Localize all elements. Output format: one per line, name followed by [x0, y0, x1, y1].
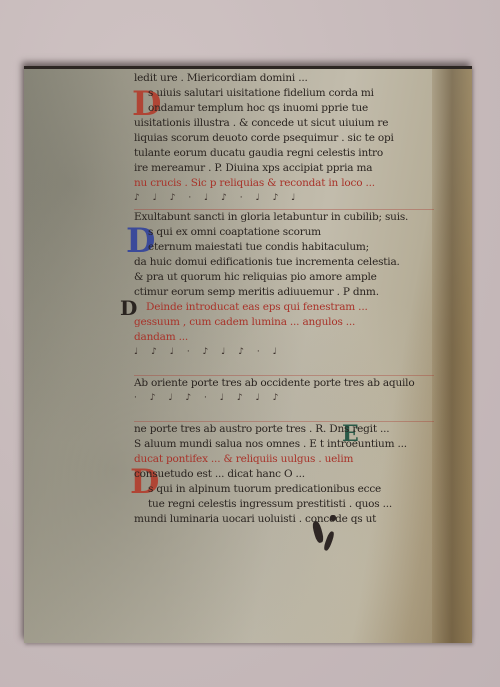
text-line: ne porte tres ab austro porte tres . R. …	[134, 422, 434, 437]
ink-stain	[323, 531, 335, 552]
text-line: & pra ut quorum hic reliquias pio amore …	[134, 270, 434, 285]
text-line: ctimur eorum semp meritis adiuuemur . P …	[134, 285, 434, 300]
music-neumes: · ♪ ♩ ♪ · ♩ ♪ ♩ ♪	[134, 391, 434, 422]
text-line: s uiuis salutari uisitatione fidelium co…	[134, 86, 434, 101]
music-neumes: ♪ ♩ ♪ · ♩ ♪ · ♩ ♪ ♩	[134, 191, 434, 210]
text-line: da huic domui edificationis tue incremen…	[134, 255, 434, 270]
manuscript-leaf: D D D D E ledit ure . Miericordiam domin…	[24, 66, 472, 643]
text-line: S aluum mundi salua nos omnes . E t intr…	[134, 437, 434, 452]
rubric-line: ducat pontifex ... & reliquiis uulgus . …	[134, 452, 434, 467]
text-line: Exultabunt sancti in gloria letabuntur i…	[134, 210, 434, 225]
text-line: s qui ex omni coaptatione scorum	[134, 225, 434, 240]
rubric-line: Deinde introducat eas eps qui fenestram …	[134, 300, 434, 315]
text-line: uisitationis illustra . & concede ut sic…	[134, 116, 434, 131]
text-line: Ab oriente porte tres ab occidente porte…	[134, 376, 434, 391]
text-line: consuetudo est ... dicat hanc O ...	[134, 467, 434, 482]
text-line: ledit ure . Miericordiam domini ...	[134, 71, 434, 86]
rubric-line: dandam ...	[134, 330, 434, 345]
text-line: eternum maiestati tue condis habitaculum…	[134, 240, 434, 255]
text-line: ire mereamur . P. Diuina xps accipiat pp…	[134, 161, 434, 176]
text-line: ondamur templum hoc qs inuomi pprie tue	[134, 101, 434, 116]
rubric-line: gessuum , cum cadem lumina ... angulos .…	[134, 315, 434, 330]
text-line: tue regni celestis ingressum prestitisti…	[134, 497, 434, 512]
text-line: tulante eorum ducatu gaudia regni celest…	[134, 146, 434, 161]
damaged-edge	[432, 69, 472, 643]
text-line: mundi luminaria uocari uoluisti . conced…	[134, 512, 434, 527]
rubric-line: nu crucis . Sic p reliquias & recondat i…	[134, 176, 434, 191]
text-line: s qui in alpinum tuorum predicationibus …	[134, 482, 434, 497]
ink-stain	[330, 515, 336, 521]
manuscript-text: ledit ure . Miericordiam domini ... s ui…	[134, 71, 434, 527]
music-neumes: ♩ ♪ ♩ · ♪ ♩ ♪ · ♩	[134, 345, 434, 376]
text-line: liquias scorum deuoto corde psequimur . …	[134, 131, 434, 146]
